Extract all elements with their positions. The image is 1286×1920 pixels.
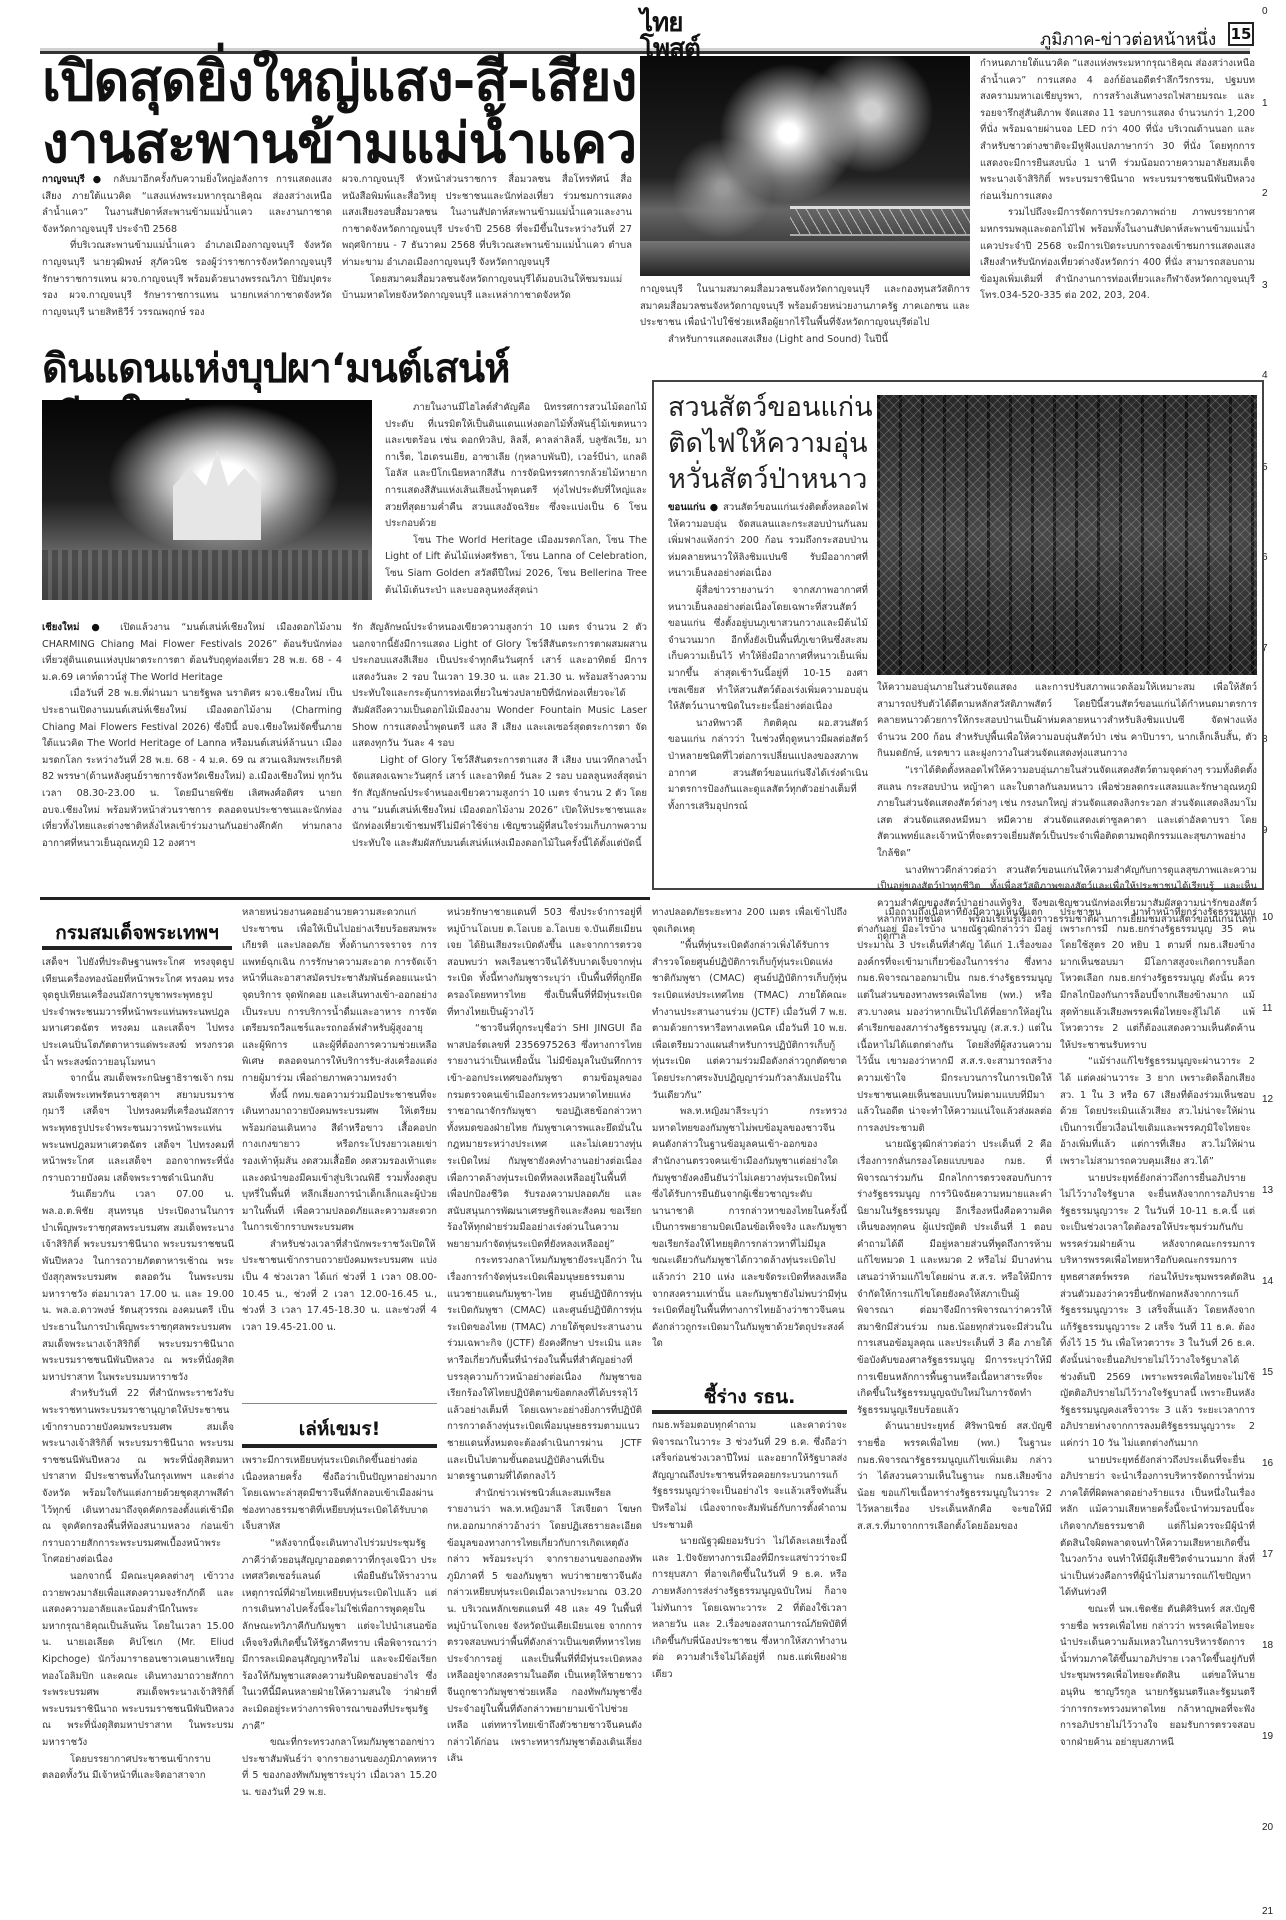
royal-paragraph: วันเดียวกัน เวลา 07.00 น. พล.อ.ต.พิชัย ส… (42, 1187, 234, 1386)
royal-paragraph: จากนั้น สมเด็จพระกนิษฐาธิราชเจ้า กรมสมเด… (42, 1071, 234, 1187)
royal-column-title: กรมสมเด็จพระเทพฯ (42, 918, 232, 948)
story1-paragraph: กำหนดภายใต้แนวคิด “แสงแห่งพระมหากรุณาธิค… (980, 56, 1255, 205)
story3-paragraph: “เราได้ติดตั้งหลอดไฟให้ความอบอุ่นภายในส่… (877, 763, 1257, 863)
story1-paragraph: รวมไปถึงจะมีการจัดการประกวดภาพถ่าย ภาพบร… (980, 205, 1255, 305)
story2-paragraph: เมื่อวันที่ 28 พ.ย.ที่ผ่านมา นายรัฐพล นร… (42, 686, 342, 852)
story1-dateline: กาญจนบุรี ● (42, 174, 106, 185)
masthead: ไทยโพสต์ อิสรภาพแห่งความคิด ภูมิภาค-ข่าว… (40, 8, 1250, 52)
constitution-paragraph: นายณัฐวุฒิยอมรับว่า ไม่ได้ละเลยเรื่องนี้… (652, 1534, 847, 1683)
story3-headline: สวนสัตว์ขอนแก่นติดไฟให้ความอุ่นหวั่นสัตว… (668, 390, 878, 498)
constitution-paragraph: นายประยุทธ์ยังกล่าวถึงประเด็นที่จะยื่นอภ… (1060, 1453, 1255, 1602)
story1-paragraph: ที่บริเวณสะพานข้ามแม่น้ำแคว อำเภอเมืองกา… (42, 238, 332, 321)
fireworks-bridge-photo (640, 56, 970, 276)
khmer-paragraph: เพราะมีการเหยียบทุ่นระเบิดเกิดขึ้นอย่างต… (242, 1453, 437, 1536)
khmer-paragraph: หน่วยรักษาชายแดนที่ 503 ซึ่งประจำการอยู่… (447, 905, 642, 1021)
line-number: 11 (1262, 1003, 1272, 1014)
newspaper-logo: ไทยโพสต์ อิสรภาพแห่งความคิด (640, 10, 732, 46)
royal-title-rule (42, 946, 232, 950)
story3-column-left: ขอนแก่น ● สวนสัตว์ขอนแก่นเร่งติดตั้งหลอด… (668, 500, 868, 815)
crowd-shape (42, 550, 372, 600)
flower-festival-photo (42, 400, 372, 600)
line-number: 19 (1262, 1731, 1273, 1742)
story3-paragraph: ผู้สื่อข่าวรายงานว่า จากสภาพอากาศที่หนาว… (668, 583, 868, 716)
zoo-enclosure-photo (877, 395, 1257, 675)
khmer-column-2: หน่วยรักษาชายแดนที่ 503 ซึ่งประจำการอยู่… (447, 905, 642, 1768)
story3-paragraph: สวนสัตว์ขอนแก่นเร่งติดตั้งหลอดไฟให้ความอ… (668, 502, 868, 579)
story2-paragraph: Light of Glory โชว์สีสันตระการตาแสง สี เ… (352, 753, 647, 853)
constitution-column-title: ชี้ร่าง รธน. (652, 1382, 847, 1412)
royal-paragraph: สำหรับวันที่ 22 ที่สำนักพระราชวังรับพระร… (42, 1386, 234, 1569)
khmer-paragraph: สำนักข่าวเฟรชนิวส์และสมเพรียลรายงานว่า พ… (447, 1486, 642, 1768)
khmer-top-rule (242, 1403, 437, 1404)
constitution-column-3: ประชาชน มาทำหน้าที่ยกร่างรัฐธรรมนูญ เพรา… (1060, 905, 1255, 1751)
line-number: 20 (1262, 1822, 1273, 1833)
constitution-title-rule (652, 1410, 847, 1414)
story1-headline-line2: งานสะพานข้ามแม่น้ำแคว (42, 112, 642, 174)
story2-paragraph: ภายในงานมีไฮไลต์สำคัญคือ นิทรรศการสวนไม้… (385, 400, 647, 533)
story2-column-right-top: ภายในงานมีไฮไลต์สำคัญคือ นิทรรศการสวนไม้… (385, 400, 647, 599)
constitution-paragraph: เมื่อถามถึงเนื้อหาที่ยังมีความเห็นที่แตก… (857, 905, 1052, 1137)
story1-column-3: กาญจนบุรี ในนามสมาคมสื่อมวลชนจังหวัดกาญจ… (640, 282, 970, 348)
story1-column-4: กำหนดภายใต้แนวคิด “แสงแห่งพระมหากรุณาธิค… (980, 56, 1255, 305)
constitution-paragraph: “แม้ร่างแก้ไขรัฐธรรมนูญจะผ่านวาระ 2 ได้ … (1060, 1054, 1255, 1170)
story1-paragraph: ผวจ.กาญจนบุรี หัวหน้าส่วนราชการ สื่อมวลช… (342, 172, 632, 272)
khmer-paragraph: กระทรวงกลาโหมกัมพูชายังระบุอีกว่า ในเรื่… (447, 1253, 642, 1485)
newspaper-page: ไทยโพสต์ อิสรภาพแห่งความคิด ภูมิภาค-ข่าว… (0, 0, 1286, 1920)
khmer-paragraph: “พื้นที่ทุ่นระเบิดดังกล่าวเพิ่งได้รับการ… (652, 938, 847, 1104)
line-number: 3 (1262, 280, 1268, 291)
story3-paragraph: นางทิพาวดี กิตติคุณ ผอ.สวนสัตว์ขอนแก่น ก… (668, 716, 868, 816)
bridge-shape (790, 206, 970, 236)
khmer-paragraph: “ชาวจีนที่ถูกระบุชื่อว่า SHI JINGUI ถือพ… (447, 1021, 642, 1253)
khmer-paragraph: ขณะที่กระทรวงกลาโหมกัมพูชาออกข่าวประชาสั… (242, 1735, 437, 1801)
royal-paragraph: เสด็จฯ ไปยังที่ประดิษฐานพระโกศ ทรงจุดธูป… (42, 955, 234, 1071)
khmer-paragraph: ทางปลอดภัยระยะทาง 200 เมตร เพื่อเข้าไปถึ… (652, 905, 847, 938)
constitution-paragraph: ขณะที่ นพ.เชิดชัย ตันติศิรินทร์ สส.บัญชี… (1060, 1602, 1255, 1751)
constitution-column-1: กมธ.พร้อมตอบทุกคำถาม และคาดว่าจะพิจารณาใ… (652, 1418, 847, 1684)
khmer-paragraph: พล.ท.หญิงมาลีระบุว่า กระทรวงมหาดไทยของกั… (652, 1104, 847, 1353)
page-number: 15 (1228, 22, 1254, 46)
constitution-paragraph: กมธ.พร้อมตอบทุกคำถาม และคาดว่าจะพิจารณาใ… (652, 1418, 847, 1534)
river-shape (640, 241, 970, 276)
story2-column-right-bottom: รัก สัญลักษณ์ประจำหนองเขียวความสูงกว่า 1… (352, 620, 647, 852)
line-number: 14 (1262, 1276, 1273, 1287)
section-divider (40, 897, 650, 900)
line-number: 17 (1262, 1549, 1273, 1560)
line-number: 15 (1262, 1367, 1273, 1378)
constitution-paragraph: นายณัฐวุฒิกล่าวต่อว่า ประเด็นที่ 2 คือเร… (857, 1137, 1052, 1419)
story2-column-left: เชียงใหม่ ● เปิดแล้วงาน “มนต์เสน่ห์เชียง… (42, 620, 342, 852)
story2-dateline: เชียงใหม่ ● (42, 622, 108, 633)
section-label: ภูมิภาค-ข่าวต่อหน้าหนึ่ง (1040, 26, 1216, 53)
story1-paragraph: กาญจนบุรี ในนามสมาคมสื่อมวลชนจังหวัดกาญจ… (640, 282, 970, 332)
constitution-paragraph: นายประยุทธ์ยังกล่าวถึงการยื่นอภิปรายไม่ไ… (1060, 1171, 1255, 1453)
royal-paragraph: ทั้งนี้ กทม.ขอความร่วมมือประชาชนที่จะเดิ… (242, 1088, 437, 1237)
story3-dateline: ขอนแก่น ● (668, 502, 719, 513)
line-number: 1 (1262, 98, 1268, 109)
royal-paragraph: โดยบรรยากาศประชาชนเข้ากราบตลอดทั้งวัน มี… (42, 1752, 234, 1785)
line-number: 21 (1262, 1906, 1273, 1917)
constitution-paragraph: ประชาชน มาทำหน้าที่ยกร่างรัฐธรรมนูญ เพรา… (1060, 905, 1255, 1054)
khmer-column-1: เพราะมีการเหยียบทุ่นระเบิดเกิดขึ้นอย่างต… (242, 1453, 437, 1801)
story1-headline-line1: เปิดสุดยิ่งใหญ่แสง-สี-เสียง (42, 50, 642, 112)
khmer-paragraph: “หลังจากนี้จะเดินทางไปร่วมประชุมรัฐภาคีว… (242, 1536, 437, 1735)
story1-paragraph: สำหรับการแสดงแสงเสียง (Light and Sound) … (640, 332, 970, 349)
royal-paragraph: หลายหน่วยงานคอยอำนวยความสะดวกแก่ประชาชน … (242, 905, 437, 1088)
line-number: 10 (1262, 912, 1273, 923)
story3-paragraph: ให้ความอบอุ่นภายในส่วนจัดแสดง และการปรับ… (877, 680, 1257, 763)
royal-column-1: เสด็จฯ ไปยังที่ประดิษฐานพระโกศ ทรงจุดธูป… (42, 955, 234, 1785)
royal-column-2: หลายหน่วยงานคอยอำนวยความสะดวกแก่ประชาชน … (242, 905, 437, 1336)
royal-paragraph: สำหรับช่วงเวลาที่สำนักพระราชวังเปิดให้ปร… (242, 1237, 437, 1337)
line-number: 0 (1262, 6, 1268, 17)
line-number: 2 (1262, 188, 1268, 199)
line-number: 12 (1262, 1094, 1273, 1105)
royal-paragraph: นอกจากนี้ มีคณะบุคคลต่างๆ เข้าวางถวายพวง… (42, 1569, 234, 1752)
line-number: 16 (1262, 1458, 1273, 1469)
story1-paragraph: โดยสมาคมสื่อมวลชนจังหวัดกาญจนบุรีได้มอบเ… (342, 272, 632, 305)
story2-paragraph: โซน The World Heritage เมืองมรดกโลก, โซน… (385, 533, 647, 599)
story1-column-2: ผวจ.กาญจนบุรี หัวหน้าส่วนราชการ สื่อมวลช… (342, 172, 632, 305)
story1-column-1: กาญจนบุรี ● กลับมาอีกครั้งกับความยิ่งใหญ… (42, 172, 332, 321)
khmer-column-3: ทางปลอดภัยระยะทาง 200 เมตร เพื่อเข้าไปถึ… (652, 905, 847, 1353)
illuminated-castle-shape (162, 450, 272, 540)
cage-mesh-shape (877, 395, 1257, 675)
constitution-paragraph: ด้านนายประยุทธ์ ศิริพานิชย์ สส.บัญชีรายช… (857, 1419, 1052, 1535)
story1-headline: เปิดสุดยิ่งใหญ่แสง-สี-เสียง งานสะพานข้าม… (42, 50, 642, 174)
khmer-column-title: เล่ห์เขมร! (242, 1414, 437, 1444)
line-number: 18 (1262, 1640, 1273, 1651)
line-number: 13 (1262, 1185, 1273, 1196)
constitution-column-2: เมื่อถามถึงเนื้อหาที่ยังมีความเห็นที่แตก… (857, 905, 1052, 1536)
story2-paragraph: รัก สัญลักษณ์ประจำหนองเขียวความสูงกว่า 1… (352, 620, 647, 753)
khmer-title-rule (242, 1444, 437, 1448)
